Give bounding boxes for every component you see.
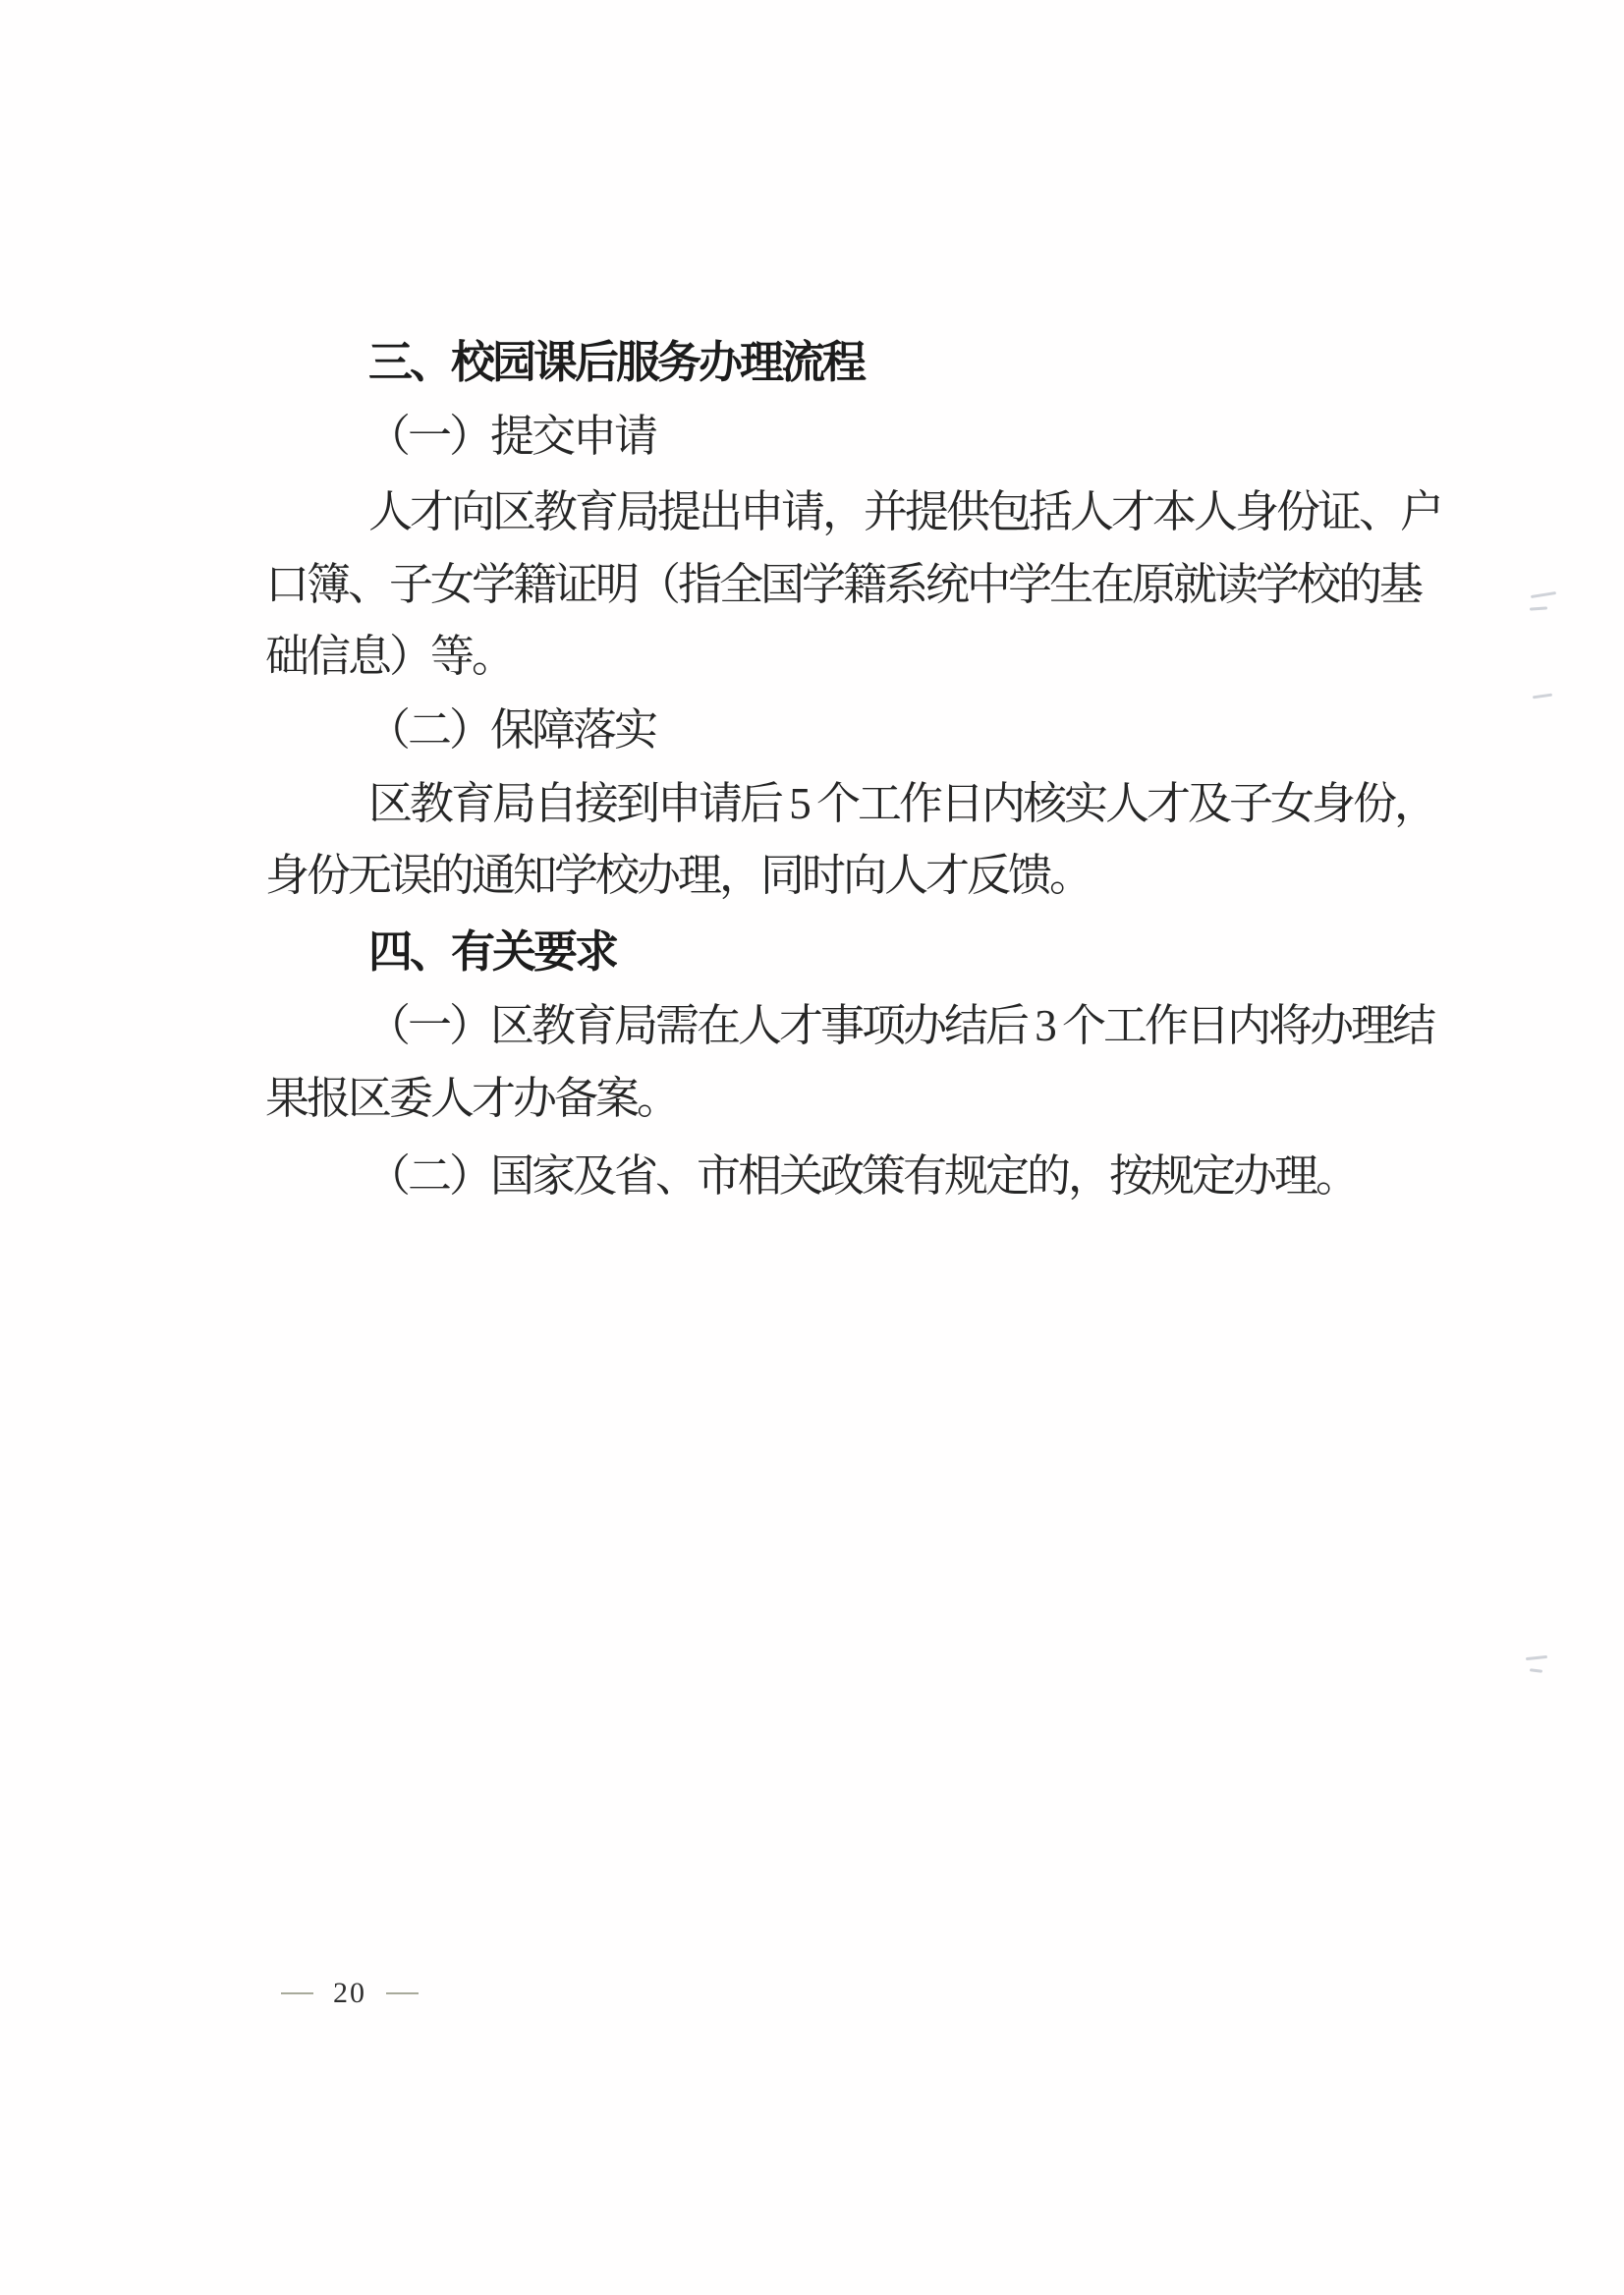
paragraph-4-1-line-1: （一）区教育局需在人才事项办结后 3 个工作日内将办理结 <box>366 1004 1433 1048</box>
page-number: 20 <box>333 1979 366 2008</box>
footer-dash-left <box>281 1992 313 1994</box>
paragraph-3-1-line-2: 口簿、子女学籍证明（指全国学籍系统中学生在原就读学校的基 <box>265 563 1421 607</box>
subheading-3-2: （二）保障落实 <box>366 708 655 753</box>
scan-artifact <box>1530 1668 1542 1673</box>
scan-artifact <box>1526 1655 1547 1660</box>
paragraph-4-2-line-1: （二）国家及省、市相关政策有规定的，按规定办理。 <box>366 1154 1357 1199</box>
paragraph-4-1-line-2: 果报区委人才办备案。 <box>265 1077 678 1121</box>
section-heading-4: 四、有关要求 <box>368 929 616 974</box>
paragraph-3-2-line-1: 区教育局自接到申请后 5 个工作日内核实人才及子女身份， <box>368 782 1435 826</box>
section-heading-3: 三、校园课后服务办理流程 <box>368 340 864 384</box>
document-page: 三、校园课后服务办理流程 （一）提交申请 人才向区教育局提出申请，并提供包括人才… <box>0 0 1624 2295</box>
paragraph-3-2-line-2: 身份无误的通知学校办理，同时向人才反馈。 <box>265 854 1091 898</box>
subheading-3-1: （一）提交申请 <box>366 415 655 459</box>
page-footer: 20 <box>281 1979 419 2008</box>
scan-artifact <box>1531 591 1556 598</box>
footer-dash-right <box>386 1992 419 1994</box>
paragraph-3-1-line-3: 础信息）等。 <box>265 635 513 679</box>
scan-artifact <box>1530 606 1547 610</box>
scan-artifact <box>1533 694 1552 700</box>
paragraph-3-1-line-1: 人才向区教育局提出申请，并提供包括人才本人身份证、户 <box>368 490 1441 534</box>
